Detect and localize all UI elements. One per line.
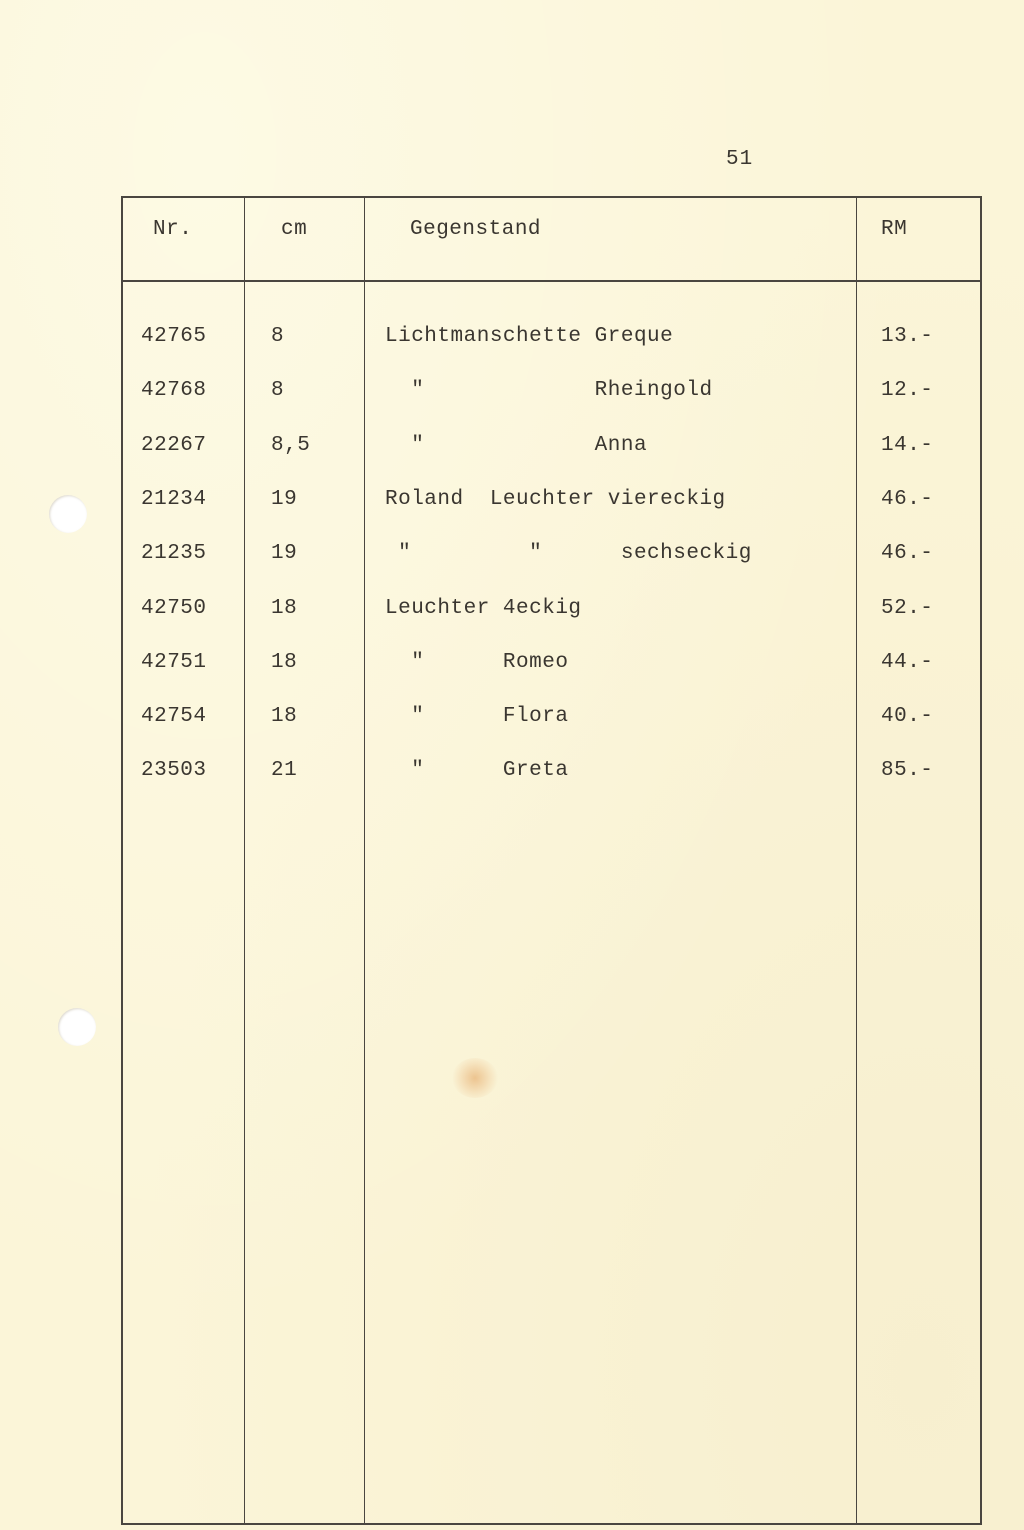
cell-rm: 12.- — [881, 379, 933, 402]
cell-rm: 13.- — [881, 325, 933, 348]
table-row: 4275118 " Romeo44.- — [123, 651, 980, 705]
cell-gegenstand: " Flora — [385, 705, 568, 728]
cell-nr: 42768 — [141, 379, 207, 402]
cell-gegenstand: " Romeo — [385, 651, 568, 674]
cell-rm: 46.- — [881, 488, 933, 511]
page-number: 51 — [726, 148, 753, 171]
punch-hole — [49, 495, 87, 533]
cell-gegenstand: Roland Leuchter viereckig — [385, 488, 726, 511]
column-header-gegenstand: Gegenstand — [410, 218, 541, 241]
cell-gegenstand: Leuchter 4eckig — [385, 597, 582, 620]
cell-nr: 42754 — [141, 705, 207, 728]
inventory-table: Nr. cm Gegenstand RM 427658Lichtmanschet… — [121, 196, 982, 1525]
table-row: 4275418 " Flora40.- — [123, 705, 980, 759]
cell-cm: 18 — [271, 705, 297, 728]
cell-rm: 52.- — [881, 597, 933, 620]
table-row: 2123419Roland Leuchter viereckig46.- — [123, 488, 980, 542]
table-row: 2123519 " " sechseckig46.- — [123, 542, 980, 596]
cell-cm: 8,5 — [271, 434, 310, 457]
cell-rm: 40.- — [881, 705, 933, 728]
cell-cm: 19 — [271, 488, 297, 511]
cell-cm: 21 — [271, 759, 297, 782]
table-row: 4275018Leuchter 4eckig52.- — [123, 597, 980, 651]
table-row: 2350321 " Greta85.- — [123, 759, 980, 813]
cell-rm: 85.- — [881, 759, 933, 782]
cell-nr: 22267 — [141, 434, 207, 457]
cell-cm: 8 — [271, 325, 284, 348]
cell-gegenstand: " " sechseckig — [385, 542, 752, 565]
table-row: 222678,5 " Anna14.- — [123, 434, 980, 488]
cell-cm: 18 — [271, 597, 297, 620]
punch-hole — [58, 1008, 96, 1046]
cell-gegenstand: Lichtmanschette Greque — [385, 325, 673, 348]
cell-nr: 42751 — [141, 651, 207, 674]
cell-rm: 46.- — [881, 542, 933, 565]
cell-nr: 21234 — [141, 488, 207, 511]
table-row: 427658Lichtmanschette Greque13.- — [123, 325, 980, 379]
column-header-cm: cm — [281, 218, 307, 241]
header-divider — [123, 280, 980, 282]
cell-rm: 14.- — [881, 434, 933, 457]
cell-gegenstand: " Rheingold — [385, 379, 713, 402]
cell-cm: 8 — [271, 379, 284, 402]
cell-cm: 18 — [271, 651, 297, 674]
table-row: 427688 " Rheingold12.- — [123, 379, 980, 433]
cell-nr: 42750 — [141, 597, 207, 620]
cell-nr: 21235 — [141, 542, 207, 565]
column-header-rm: RM — [881, 218, 907, 241]
cell-gegenstand: " Greta — [385, 759, 568, 782]
column-header-nr: Nr. — [153, 218, 192, 241]
cell-gegenstand: " Anna — [385, 434, 647, 457]
cell-nr: 23503 — [141, 759, 207, 782]
cell-cm: 19 — [271, 542, 297, 565]
cell-nr: 42765 — [141, 325, 207, 348]
cell-rm: 44.- — [881, 651, 933, 674]
